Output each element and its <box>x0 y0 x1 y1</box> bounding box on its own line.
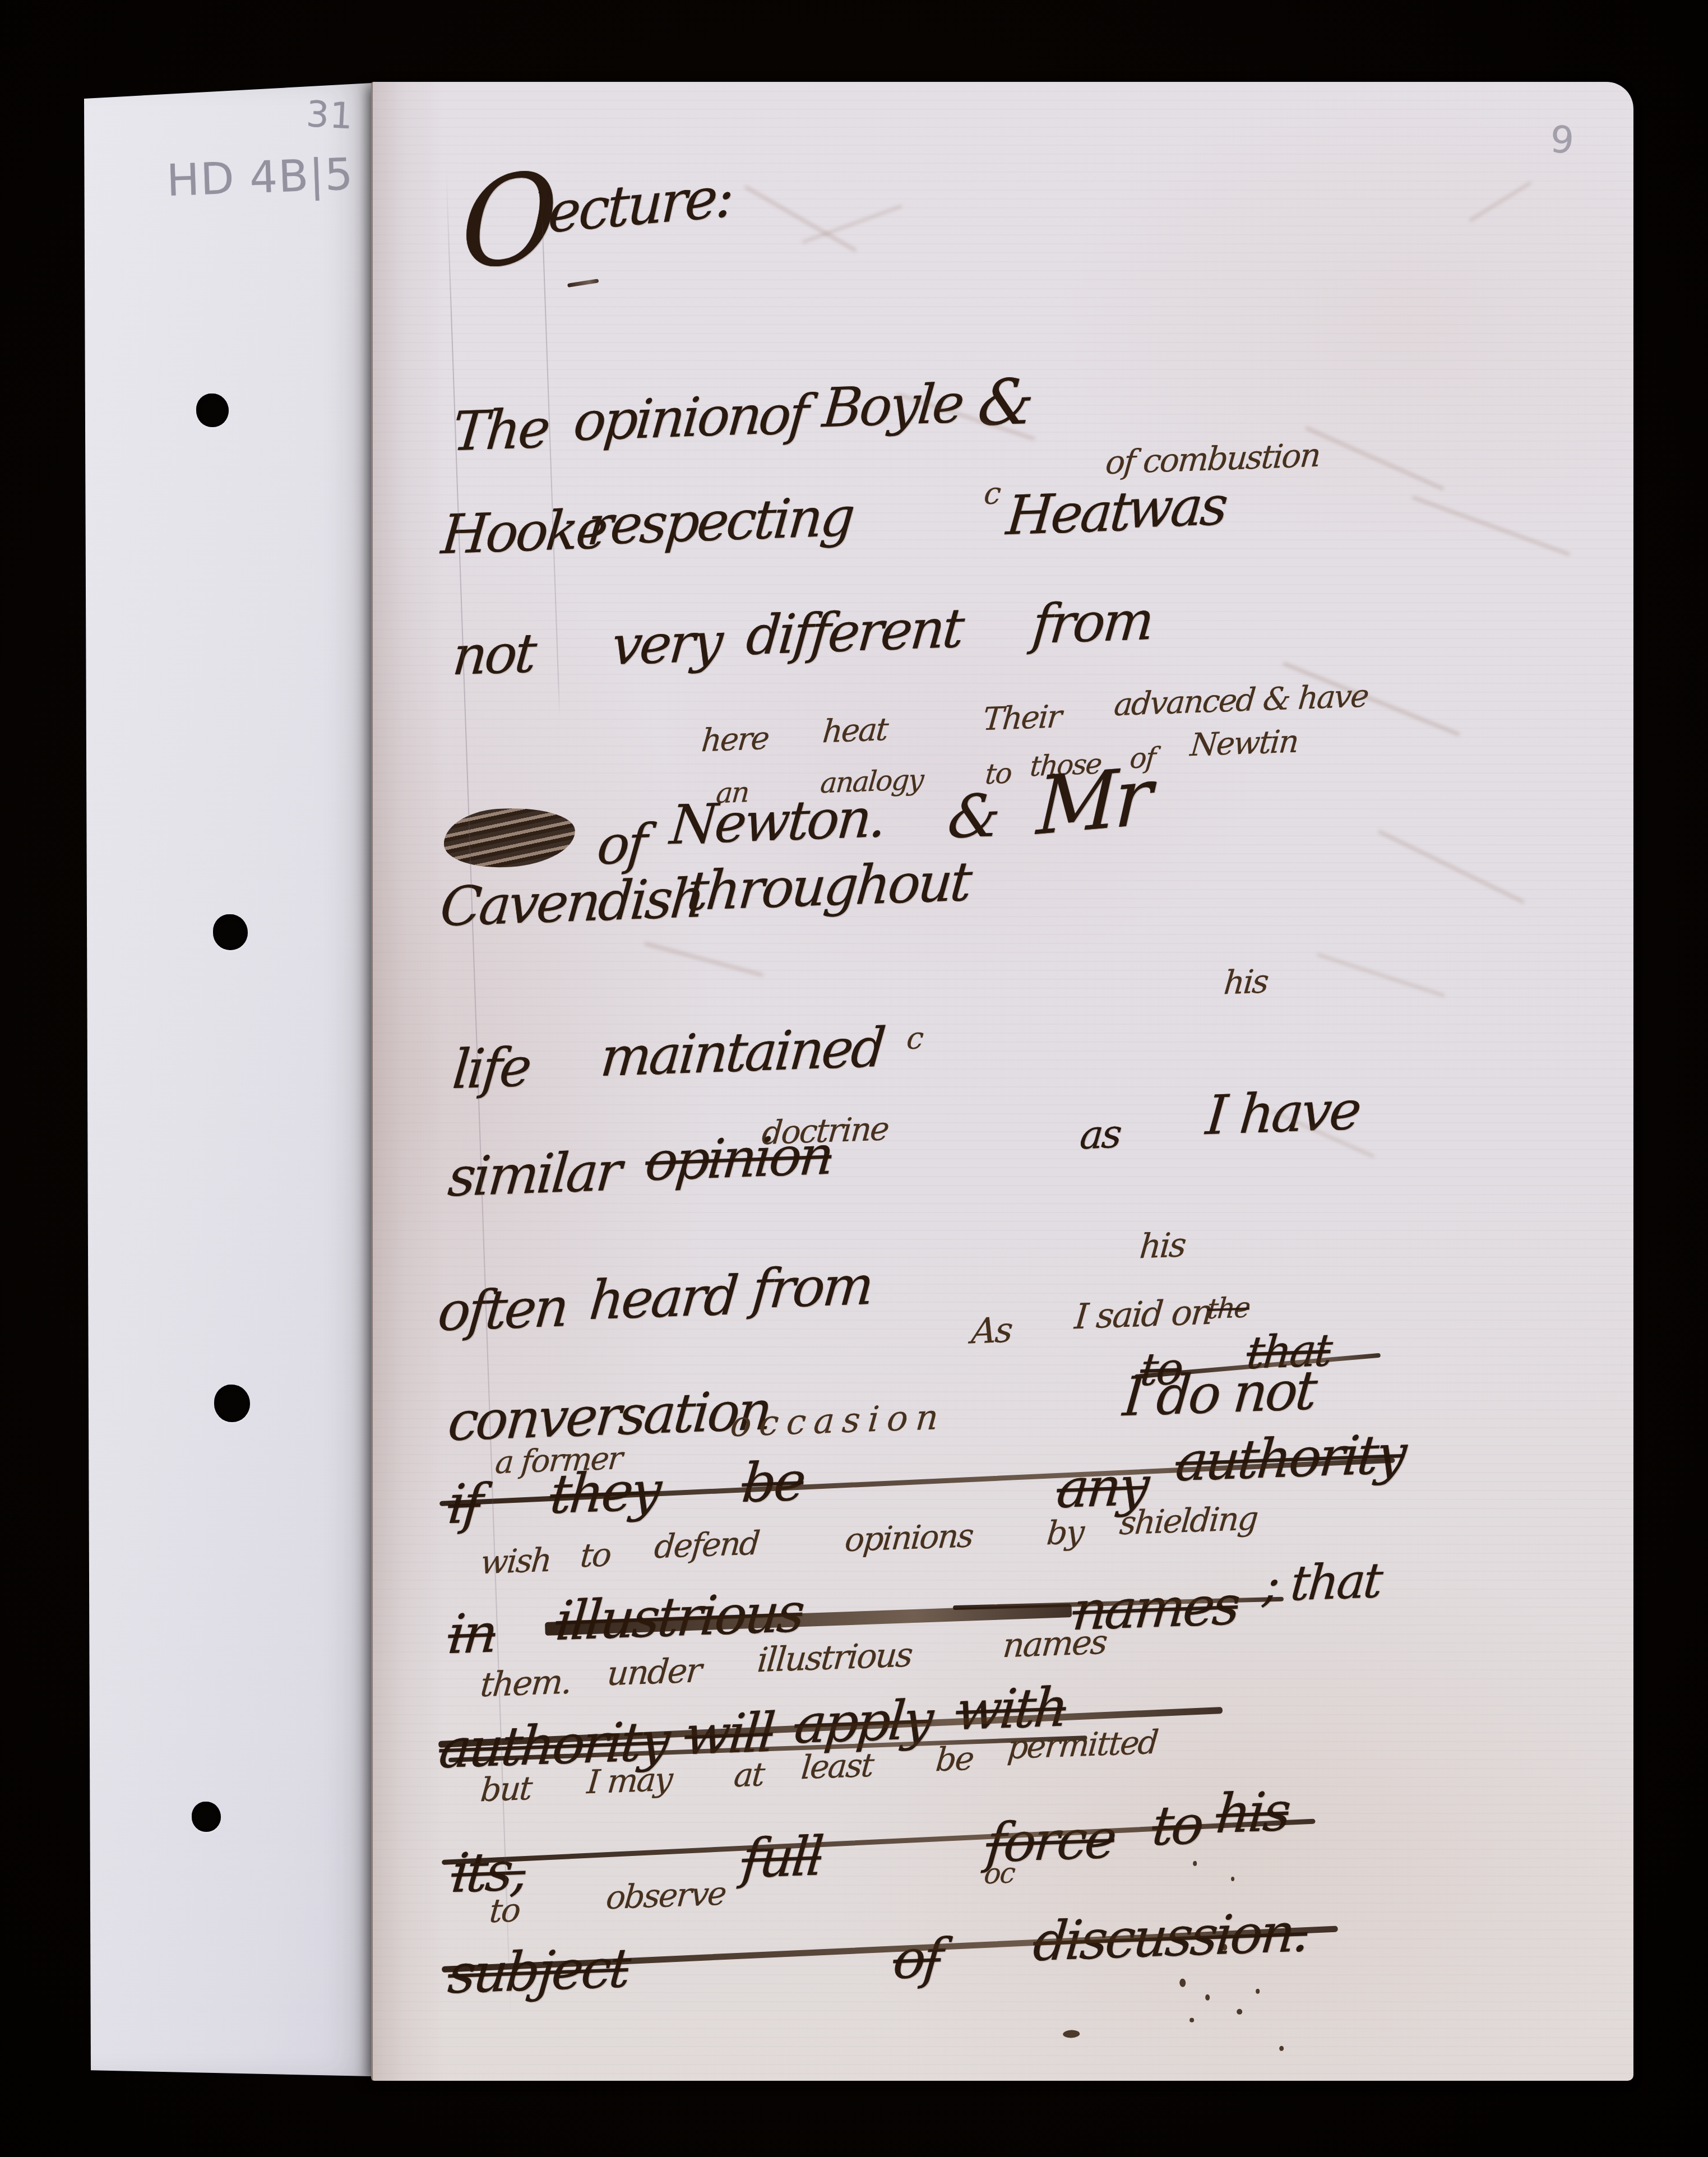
handwriting-word-small: least <box>800 1749 874 1784</box>
handwriting-word: Boyle <box>821 376 965 435</box>
handwriting-word: opinion <box>572 388 762 448</box>
handwriting-word: often <box>436 1280 569 1339</box>
handwriting-word: was <box>1125 479 1228 536</box>
handwriting-word-struck: full <box>740 1829 824 1886</box>
handwriting-word: Cavendish <box>438 871 705 934</box>
handwriting-word: from <box>750 1258 874 1317</box>
handwriting-word-small: c <box>905 1023 924 1054</box>
ink-spot <box>1193 1861 1197 1866</box>
handwriting-word: I have <box>1204 1083 1362 1142</box>
handwriting-word-small: here <box>700 723 770 757</box>
handwriting-word-struck: in <box>446 1606 498 1661</box>
handwriting-word-small: illustrious <box>756 1638 913 1677</box>
handwriting-word-small: to <box>488 1894 521 1927</box>
handwriting-word-struck: opinion <box>644 1128 834 1188</box>
show-through-mark <box>1377 830 1525 904</box>
handwriting-word: lecture: <box>531 169 733 243</box>
handwriting-word-small: Newtin <box>1189 726 1299 761</box>
handwriting-word: of <box>595 817 647 872</box>
show-through-mark <box>1316 953 1445 997</box>
handwriting-word: & <box>975 371 1034 436</box>
handwriting-word-struck: of <box>891 1931 943 1987</box>
handwriting-word-small: permitted <box>1006 1726 1159 1764</box>
handwriting-word-small: oc <box>983 1859 1016 1888</box>
show-through-mark <box>1469 181 1532 222</box>
handwriting-word-small: wish <box>479 1544 552 1579</box>
handwriting-word-small: under <box>606 1654 702 1691</box>
ink-spot <box>1189 2018 1194 2022</box>
show-through-mark <box>744 185 857 252</box>
handwriting-word-small: I said on <box>1073 1294 1214 1334</box>
handwriting-layer: Olecture:TheopinionofBoyle&of combustion… <box>0 0 1708 2157</box>
handwriting-word-small: advanced & have <box>1113 681 1369 721</box>
handwriting-word: heard <box>587 1269 739 1327</box>
handwriting-word: very <box>610 615 723 673</box>
handwriting-word-struck: the <box>1206 1293 1251 1323</box>
handwriting-word-small: his <box>1138 1228 1187 1263</box>
handwriting-word-small: but <box>479 1772 533 1806</box>
handwriting-word-small: them. <box>479 1665 572 1702</box>
handwriting-word-small: observe <box>605 1877 727 1914</box>
handwriting-word-small: heat <box>821 714 888 748</box>
handwriting-word: Heat <box>1005 484 1132 543</box>
handwriting-word: Newton. <box>668 791 887 853</box>
handwriting-word: of <box>757 387 809 443</box>
handwriting-word: Mr <box>1035 757 1150 847</box>
photograph-of-manuscript: 31 HD 4B|5 9 Olecture:TheopinionofBoyle&… <box>0 0 1708 2157</box>
handwriting-word-small: opinions <box>844 1519 974 1556</box>
handwriting-word-struck: his <box>1214 1785 1291 1841</box>
handwriting-word-small: Their <box>982 701 1062 735</box>
handwriting-word: & <box>946 786 1001 847</box>
handwriting-word: different <box>744 601 964 663</box>
show-through-mark <box>644 942 763 977</box>
handwriting-word-small: occasion <box>729 1400 948 1442</box>
handwriting-word: Hooke <box>439 502 608 562</box>
handwriting-word-small: I may <box>586 1763 673 1798</box>
handwriting-word: I do not <box>1121 1363 1317 1424</box>
handwriting-word-small: his <box>1223 965 1269 999</box>
scribble-deletion <box>442 804 577 872</box>
handwriting-word-small: names <box>1002 1626 1108 1663</box>
ink-spot <box>1179 1979 1186 1987</box>
ink-spot <box>1205 1994 1210 2001</box>
show-through-mark <box>1411 496 1571 556</box>
ink-spot <box>1237 2009 1242 2015</box>
handwriting-word-small: shielding <box>1118 1502 1258 1539</box>
handwriting-word: maintained <box>599 1020 886 1084</box>
handwriting-word-struck: authority <box>1174 1427 1407 1489</box>
handwriting-word-small: c <box>983 478 1001 509</box>
handwriting-word-small: at <box>733 1758 765 1792</box>
handwriting-word: conversation <box>446 1383 772 1448</box>
handwriting-word-struck: subject <box>446 1941 631 2002</box>
show-through-mark <box>1305 426 1445 490</box>
strike-mark <box>567 279 599 288</box>
handwriting-word-small: by <box>1045 1516 1085 1549</box>
handwriting-word: respecting <box>585 489 855 553</box>
show-through-mark <box>802 205 902 244</box>
handwriting-word-small: of combustion <box>1104 439 1321 479</box>
paper-crease <box>541 213 560 718</box>
handwriting-word: from <box>1030 594 1154 652</box>
ink-spot <box>1256 1989 1260 1994</box>
handwriting-word: as <box>1079 1114 1122 1155</box>
ink-spot <box>1063 2030 1080 2038</box>
handwriting-word: life <box>451 1040 532 1096</box>
handwriting-word: The <box>451 401 550 459</box>
handwriting-word-struck: be <box>740 1454 806 1510</box>
handwriting-word-small: be <box>934 1742 974 1776</box>
ink-spot <box>1231 1877 1234 1881</box>
handwriting-word-small: As <box>970 1313 1013 1349</box>
handwriting-word-small: to <box>579 1538 612 1572</box>
handwriting-word: throughout <box>685 854 972 918</box>
handwriting-word-small: defend <box>653 1527 760 1563</box>
ink-spot <box>1279 2046 1284 2051</box>
handwriting-word: similar <box>446 1144 622 1204</box>
